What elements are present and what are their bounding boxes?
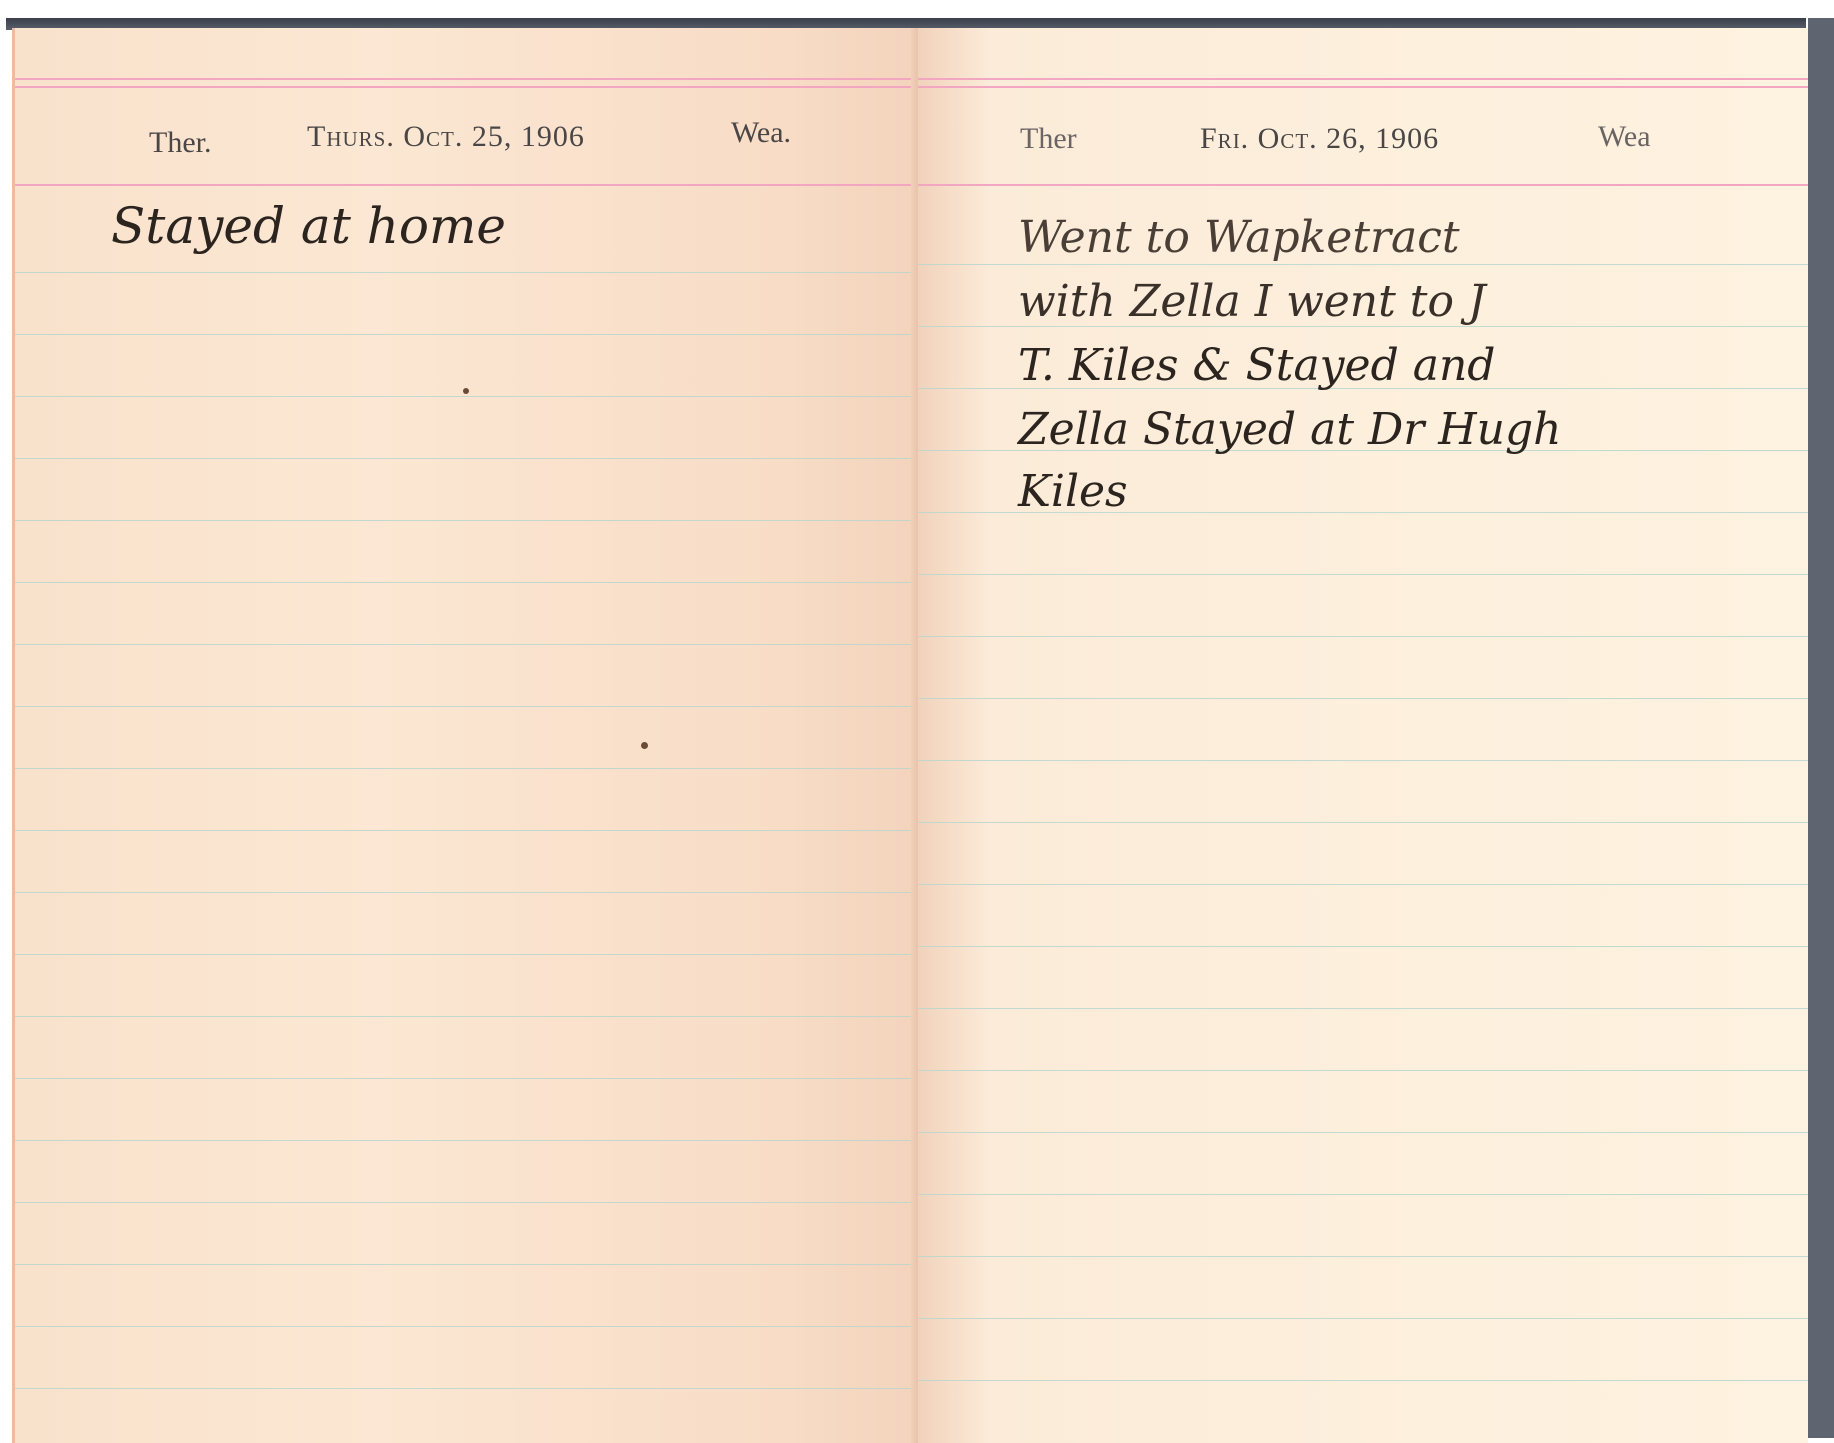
wea-label: Wea <box>1598 120 1651 154</box>
handwritten-entry-line: with Zella I went to J <box>1018 270 1486 334</box>
diary-spread: Ther. Thurs. Oct. 25, 1906 Wea. Stayed a… <box>6 18 1828 1443</box>
pink-double-rule-bottom <box>15 86 921 88</box>
ink-spot <box>463 388 469 394</box>
book-cover-right-edge <box>1808 18 1834 1438</box>
handwritten-entry-line: Went to Wapketract <box>1018 206 1460 270</box>
page-date: Thurs. Oct. 25, 1906 <box>307 120 585 154</box>
right-page-header: Ther Fri. Oct. 26, 1906 Wea <box>918 120 1808 160</box>
ink-spot <box>641 742 648 749</box>
wea-label: Wea. <box>731 116 791 150</box>
page-date: Fri. Oct. 26, 1906 <box>1200 122 1439 156</box>
ther-label: Ther <box>1020 122 1077 156</box>
handwritten-entry-line: T. Kiles & Stayed and <box>1018 334 1495 398</box>
right-page: Ther Fri. Oct. 26, 1906 Wea Went to Wapk… <box>918 28 1808 1443</box>
left-page: Ther. Thurs. Oct. 25, 1906 Wea. Stayed a… <box>12 28 921 1443</box>
handwritten-entry-line: Kiles <box>1018 460 1128 524</box>
pink-double-rule-top <box>15 78 921 80</box>
pink-double-rule-top <box>918 78 1808 80</box>
pink-double-rule-bottom <box>918 86 1808 88</box>
pink-header-rule <box>918 184 1808 186</box>
handwritten-entry-line: Stayed at home <box>111 194 506 258</box>
left-page-header: Ther. Thurs. Oct. 25, 1906 Wea. <box>15 120 921 160</box>
ther-label: Ther. <box>149 126 211 160</box>
handwritten-entry-line: Zella Stayed at Dr Hugh <box>1018 398 1562 462</box>
pink-header-rule <box>15 184 921 186</box>
